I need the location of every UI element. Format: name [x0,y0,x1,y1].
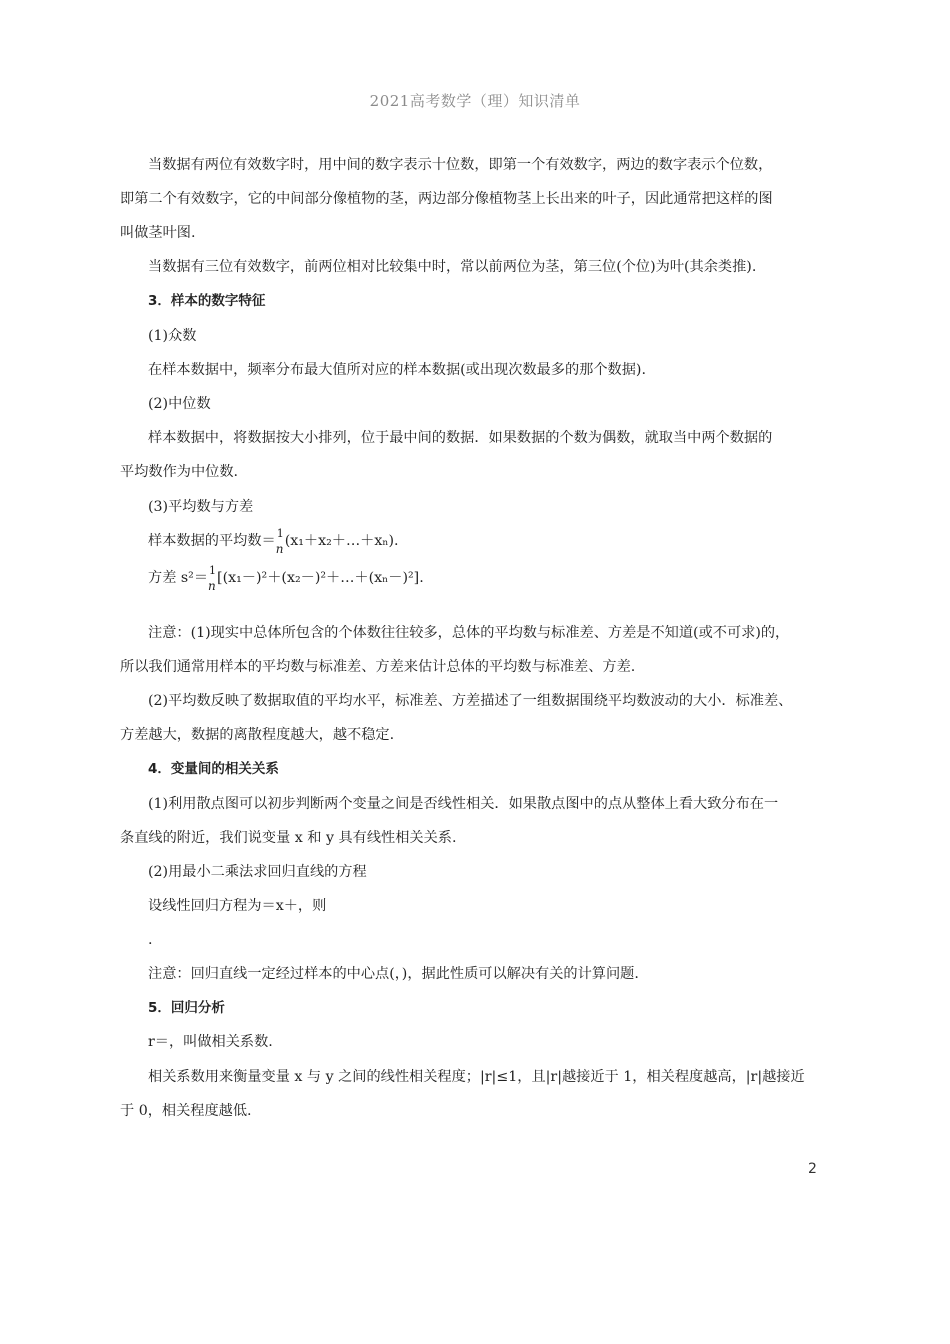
paragraph: 条直线的附近，我们说变量 x 和 y 具有线性相关关系. [120,828,457,848]
subsection-title: (2)中位数 [148,394,211,414]
paragraph: . [148,930,153,950]
paragraph: (2)平均数反映了数据取值的平均水平，标准差、方差描述了一组数据围绕平均数波动的… [148,691,792,711]
paragraph: 方差越大，数据的离散程度越大，越不稳定. [120,725,394,745]
paragraph: 注意：回归直线一定经过样本的中心点(，)，据此性质可以解决有关的计算问题. [148,964,639,984]
paragraph: 当数据有三位有效数字，前两位相对比较集中时，常以前两位为茎，第三位(个位)为叶(… [148,257,756,277]
fraction: 1n [276,531,285,551]
document-header: 2021高考数学（理）知识清单 [0,90,950,111]
variance-label: 方差 s²＝ [148,570,208,586]
variance-formula: 方差 s²＝1n[(x₁－)²＋(x₂－)²＋…＋(xₙ－)²]. [148,568,424,588]
fraction: 1n [208,568,217,588]
paragraph: (1)利用散点图可以初步判断两个变量之间是否线性相关．如果散点图中的点从整体上看… [148,794,778,814]
section-heading: 5．回归分析 [148,998,225,1018]
subsection-title: (3)平均数与方差 [148,497,253,517]
mean-formula: 样本数据的平均数＝1n(x₁＋x₂＋…＋xₙ). [148,531,399,551]
variance-expression: [(x₁－)²＋(x₂－)²＋…＋(xₙ－)²]. [217,570,424,586]
mean-label: 样本数据的平均数＝ [148,533,276,549]
paragraph: 设线性回归方程为＝x＋，则 [148,896,326,916]
subsection-title: (2)用最小二乘法求回归直线的方程 [148,862,367,882]
paragraph: 相关系数用来衡量变量 x 与 y 之间的线性相关程度；|r|≤1，且|r|越接近… [148,1067,805,1087]
paragraph: 所以我们通常用样本的平均数与标准差、方差来估计总体的平均数与标准差、方差. [120,657,635,677]
section-heading: 4．变量间的相关关系 [148,759,279,779]
subsection-title: (1)众数 [148,326,196,346]
paragraph: 平均数作为中位数. [120,462,238,482]
paragraph: 即第二个有效数字，它的中间部分像植物的茎，两边部分像植物茎上长出来的叶子，因此通… [120,189,773,209]
mean-expression: (x₁＋x₂＋…＋xₙ). [285,533,399,549]
paragraph: 在样本数据中，频率分布最大值所对应的样本数据(或出现次数最多的那个数据). [148,360,646,380]
paragraph: 于 0，相关程度越低. [120,1101,252,1121]
paragraph: 注意：(1)现实中总体所包含的个体数往往较多，总体的平均数与标准差、方差是不知道… [148,623,789,643]
paragraph: 当数据有两位有效数字时，用中间的数字表示十位数，即第一个有效数字，两边的数字表示… [148,155,772,175]
page-number: 2 [808,1161,817,1177]
paragraph: 叫做茎叶图. [120,223,195,243]
section-heading: 3．样本的数字特征 [148,291,265,311]
paragraph: r＝，叫做相关系数. [148,1032,273,1052]
paragraph: 样本数据中，将数据按大小排列，位于最中间的数据．如果数据的个数为偶数，就取当中两… [148,428,772,448]
